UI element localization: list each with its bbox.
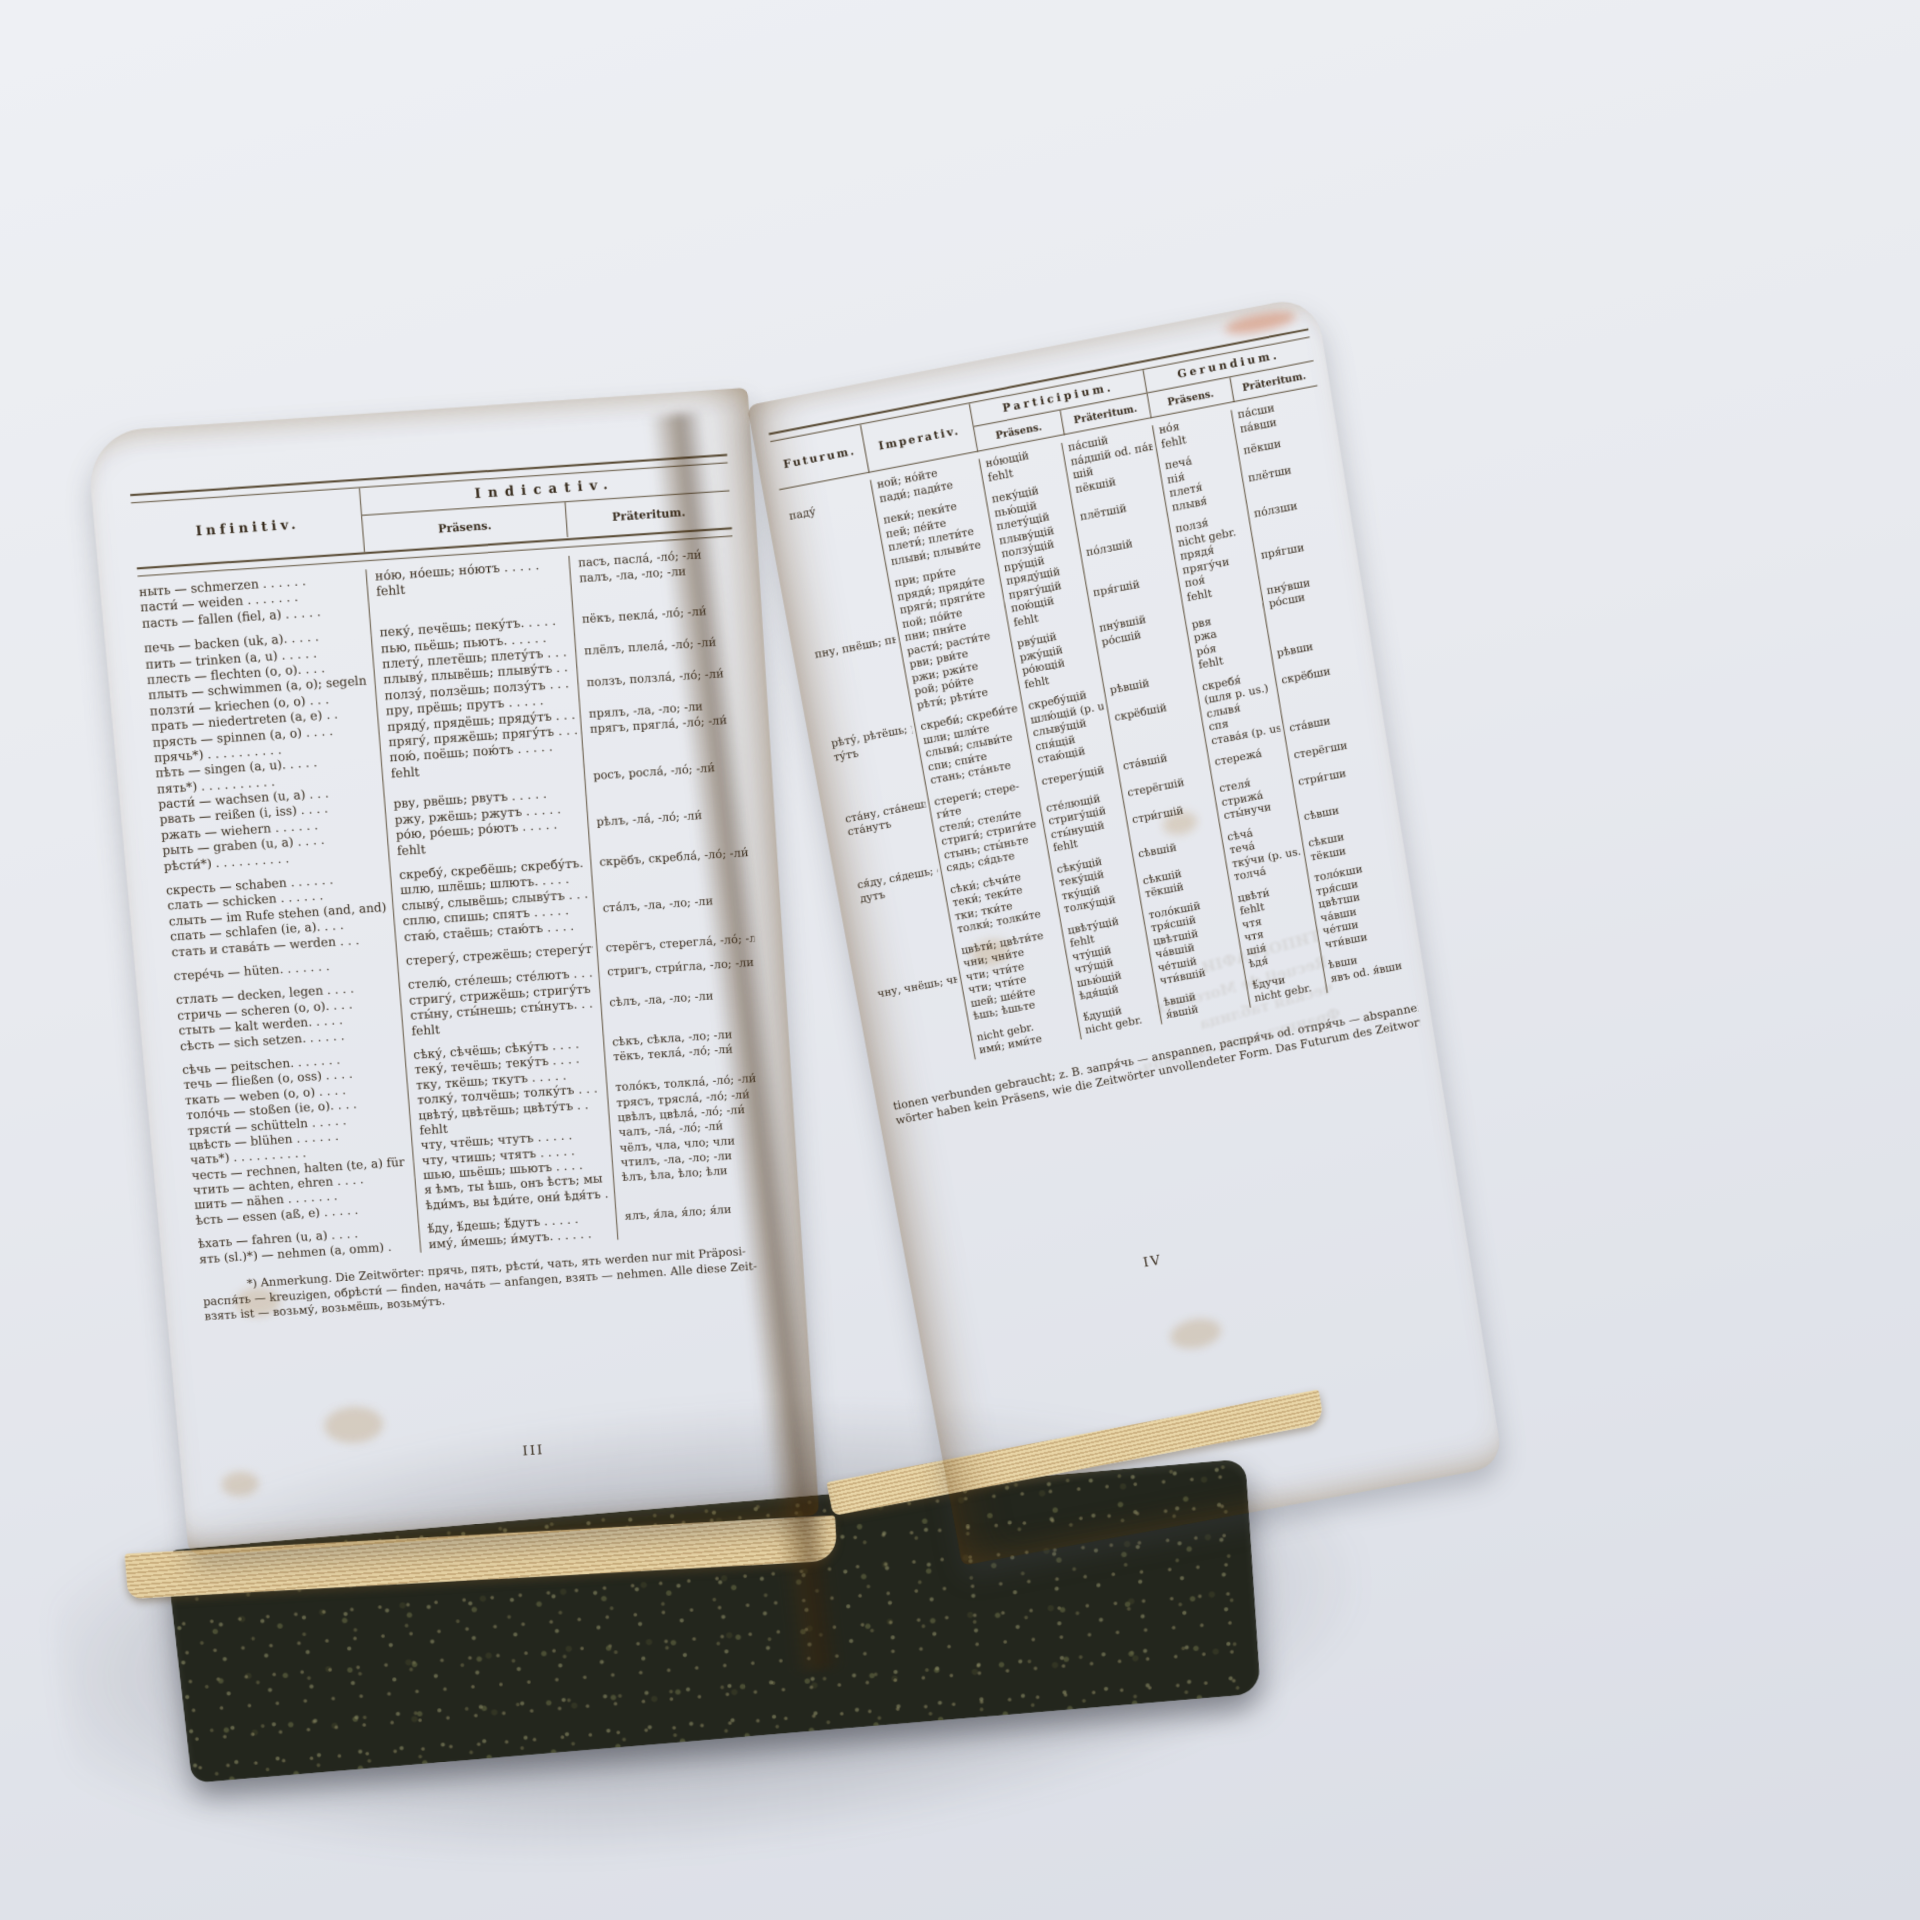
- photo-scene: Infinitiv. Indicativ. Präsens. Präteritu…: [0, 0, 1920, 1920]
- imperativ-label: Imperativ.: [878, 424, 961, 452]
- right-page: ТИПОГРАФІИRecueil de Morceauxческая табл…: [747, 295, 1504, 1566]
- foxing-spot: [1168, 1315, 1223, 1353]
- praesens-label: Präsens.: [438, 518, 492, 535]
- page-number-right: IV: [1142, 1252, 1163, 1271]
- left-conjugation-table: Infinitiv. Indicativ. Präsens. Präteritu…: [130, 454, 781, 1325]
- foxing-spot: [323, 1405, 385, 1445]
- indicativ-label: Indicativ.: [474, 477, 615, 502]
- page-number-left: III: [522, 1442, 545, 1459]
- infinitiv-label: Infinitiv.: [195, 517, 300, 539]
- futurum-label: Futurum.: [782, 444, 856, 470]
- left-page: Infinitiv. Indicativ. Präsens. Präteritu…: [86, 388, 819, 1556]
- open-book: Infinitiv. Indicativ. Präsens. Präteritu…: [50, 252, 1370, 1646]
- right-conjugation-table: Futurum. Imperativ. Participium. Präsens…: [769, 328, 1422, 1128]
- praeteritum-label: Präteritum.: [612, 505, 686, 523]
- foxing-spot: [221, 1470, 260, 1497]
